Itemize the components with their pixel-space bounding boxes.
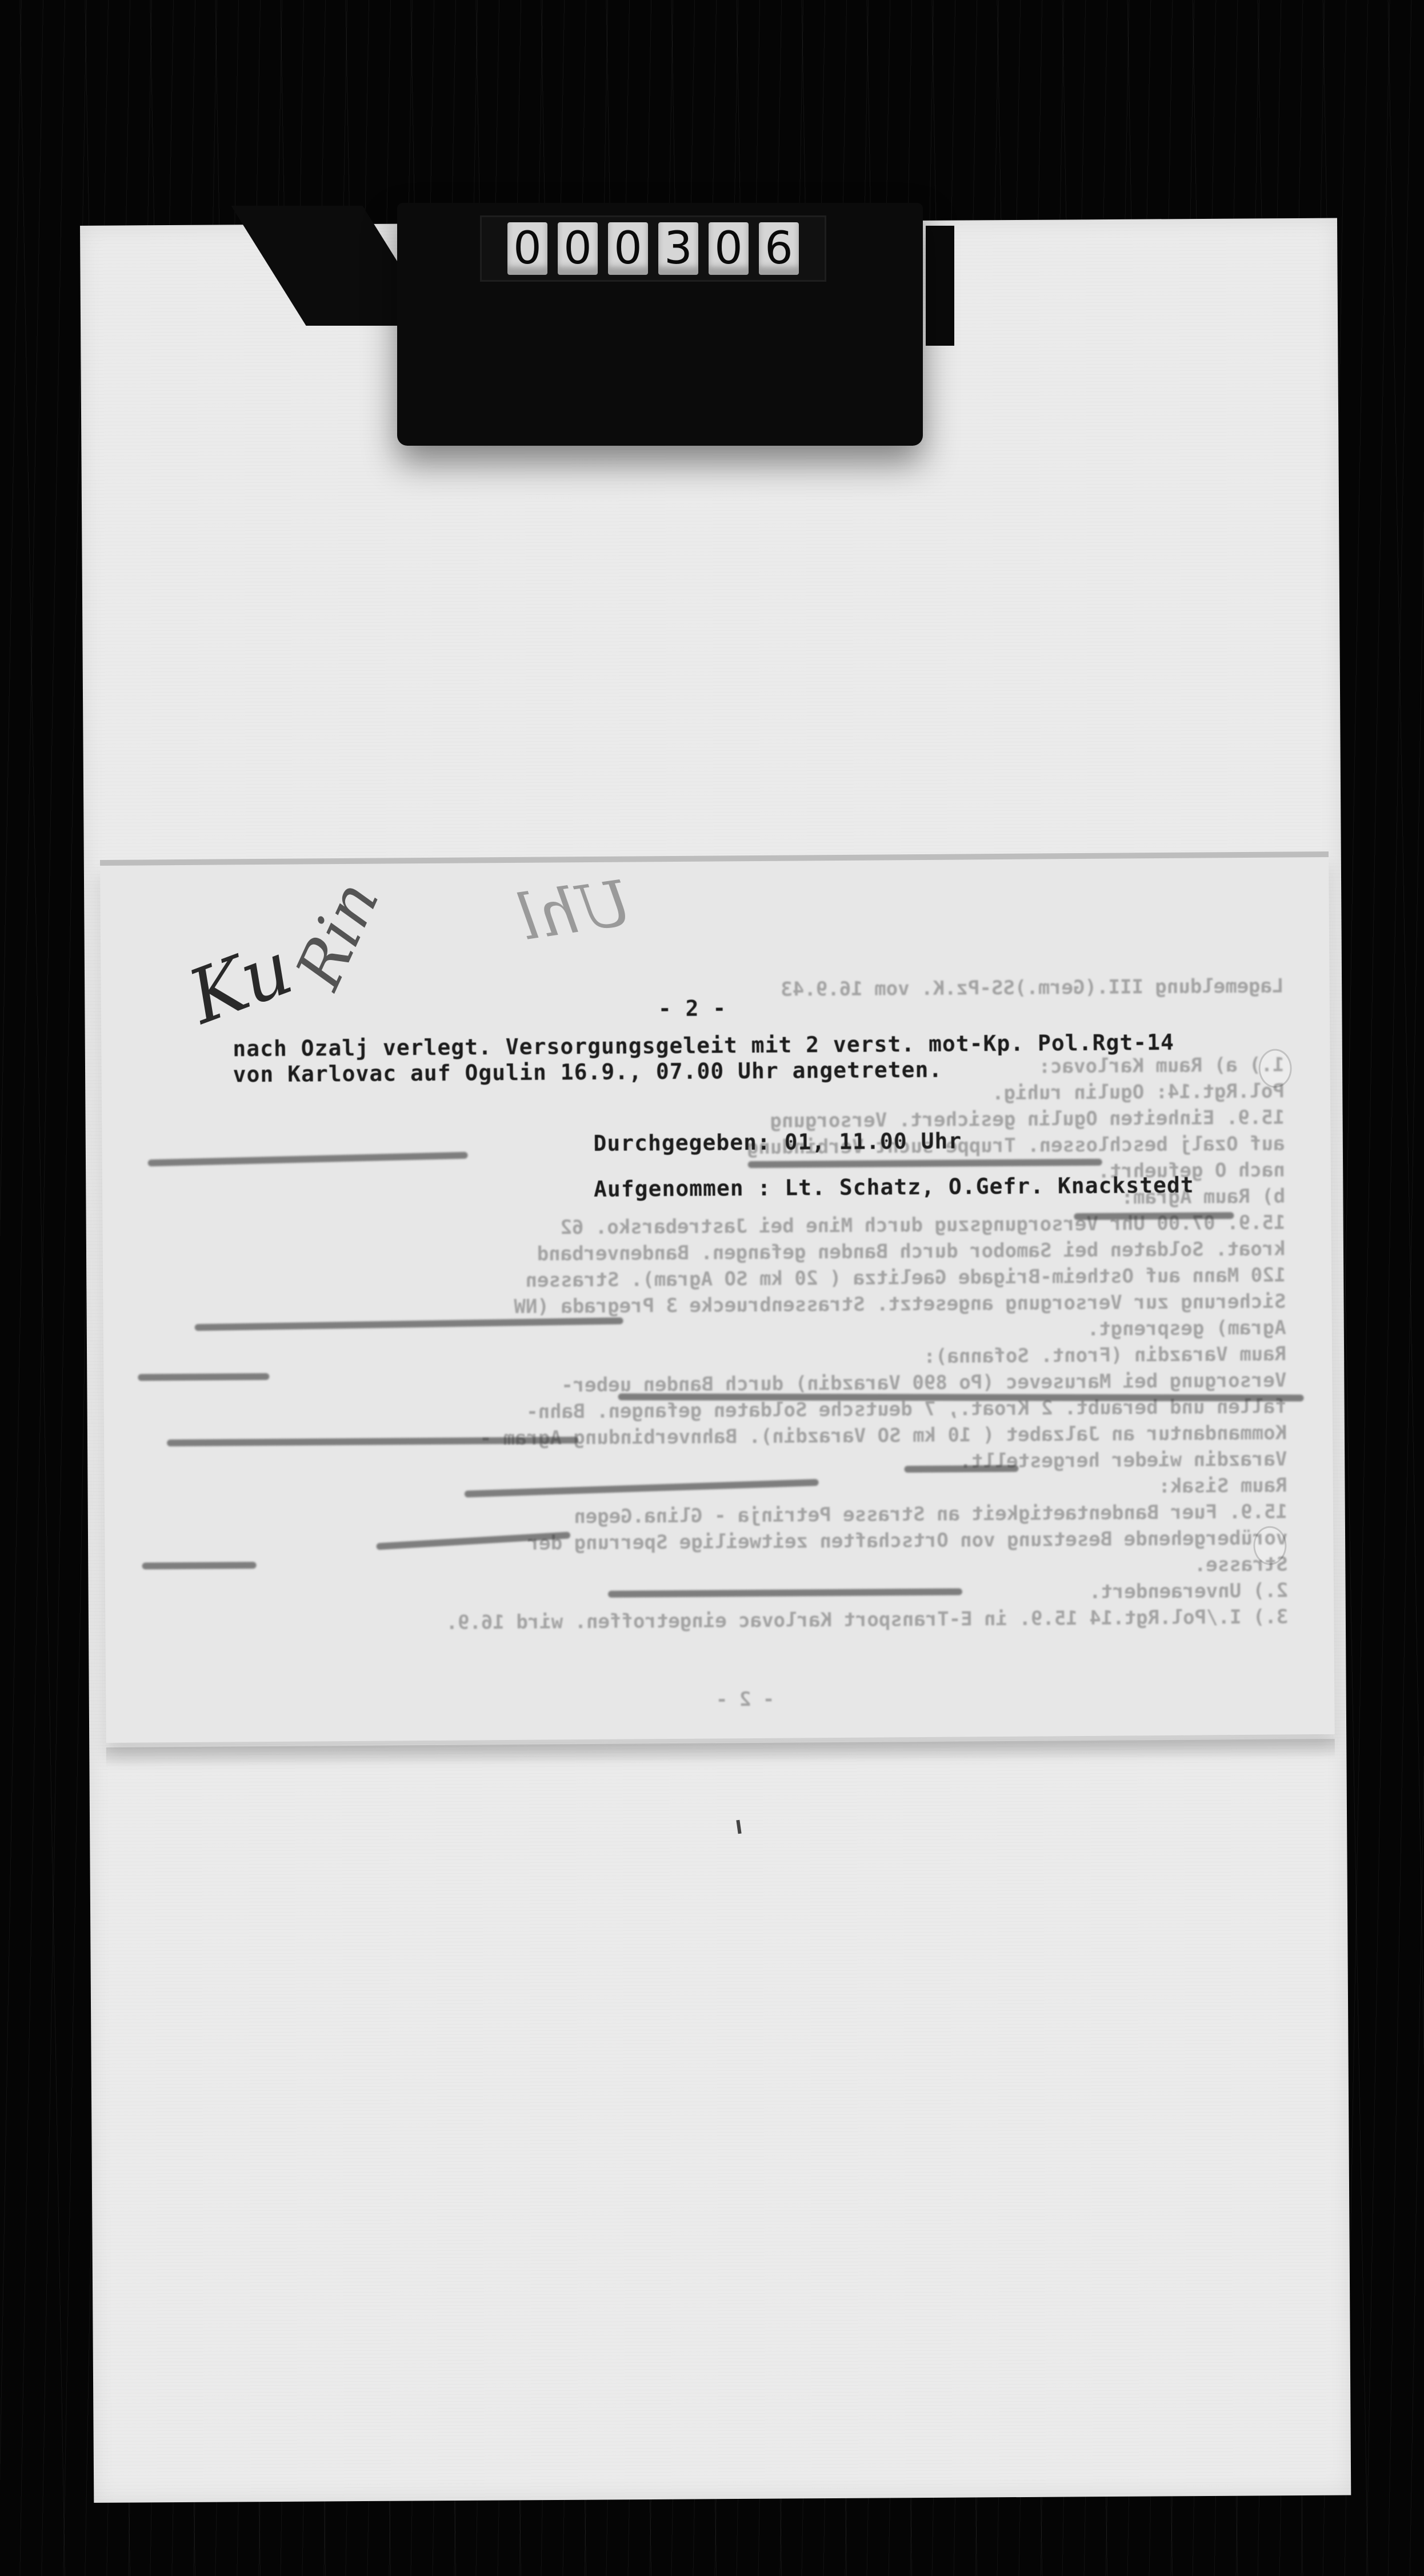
underline-stroke [904, 1465, 1018, 1473]
underline-stroke [1074, 1212, 1234, 1220]
bleed-footer: - 2 - [169, 1683, 1289, 1717]
counter-digit: 0 [608, 222, 648, 275]
underline-stroke [618, 1393, 1304, 1401]
transmitted-line: Durchgegeben: 01, 11.00 Uhr [593, 1128, 962, 1155]
counter-window: 0 0 0 3 0 6 [480, 215, 826, 282]
counter-digit: 0 [507, 222, 547, 275]
page-marker: - 2 - [658, 995, 727, 1021]
counter-digit: 0 [709, 222, 749, 275]
counter-digit: 6 [759, 222, 799, 275]
received-line: Aufgenommen : Lt. Schatz, O.Gefr. Knacks… [594, 1173, 1194, 1202]
frame-counter: 0 0 0 3 0 6 [397, 203, 923, 446]
document-slip: Lagemeldung III.(Germ.)SS-Pz.K. vom 16.9… [100, 851, 1335, 1743]
counter-knob [926, 226, 954, 346]
counter-digit: 0 [558, 222, 598, 275]
body-line: von Karlovac auf Ogulin 16.9., 07.00 Uhr… [233, 1057, 942, 1087]
counter-digit: 3 [658, 222, 698, 275]
underline-stroke [142, 1562, 257, 1569]
underline-stroke [138, 1373, 269, 1381]
